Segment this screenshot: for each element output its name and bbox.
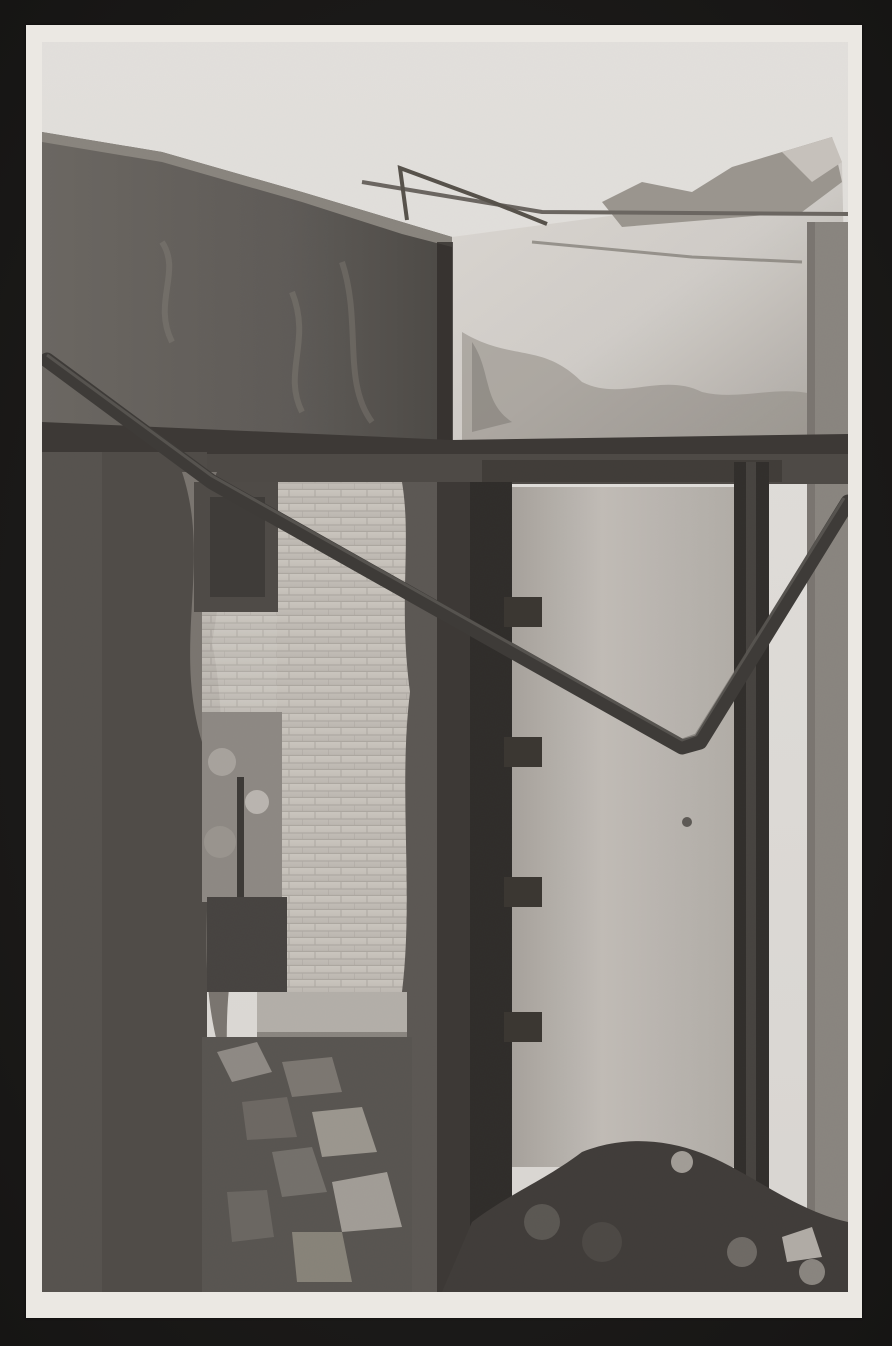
photo-scene	[42, 42, 848, 1292]
ruined-building-photograph	[42, 42, 848, 1292]
photo-mount-background	[0, 0, 892, 1346]
